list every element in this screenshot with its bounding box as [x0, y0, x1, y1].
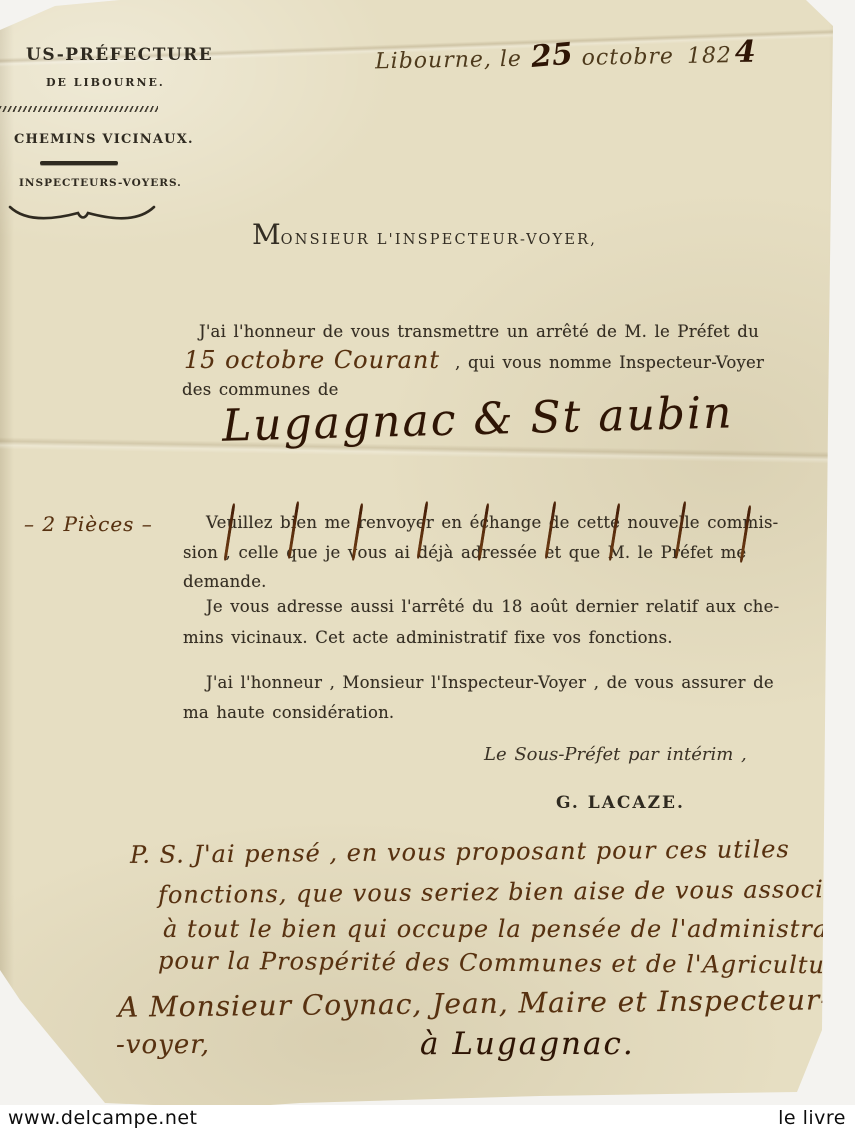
- brace-flourish-icon: [7, 202, 157, 226]
- paragraph1-line2: 15 octobre Courant , qui vous nomme Insp…: [184, 346, 764, 374]
- paragraph1-line2-printed: , qui vous nomme Inspecteur-Voyer: [455, 353, 764, 372]
- salutation-text: ONSIEUR L'INSPECTEUR-VOYER,: [281, 232, 597, 248]
- postscript-line1: P. S. J'ai pensé , en vous proposant pou…: [130, 835, 790, 869]
- letterhead-prefecture: US-PRÉFECTURE: [26, 45, 213, 65]
- dateline: Libourne, le 25 octobre 182 4: [375, 35, 756, 77]
- dateline-month-printed: octobre: [581, 44, 674, 71]
- handwritten-date-insert: 15 octobre Courant: [184, 346, 440, 374]
- letterhead-chemins-vicinaux: CHEMINS VICINAUX.: [14, 132, 194, 147]
- paragraph4-line2: ma haute considération.: [183, 703, 394, 722]
- divider-rule-solid: [40, 161, 118, 165]
- paragraph1-line3: des communes de: [182, 380, 339, 399]
- address-line1: A Monsieur Coynac, Jean, Maire et Inspec…: [118, 983, 831, 1023]
- paragraph2-line2: sion , celle que je vous ai déjà adressé…: [183, 543, 746, 562]
- dateline-place-printed: Libourne, le: [375, 47, 522, 75]
- salutation: MONSIEUR L'INSPECTEUR-VOYER,: [252, 218, 597, 251]
- watermark-seller-text: le livre: [778, 1107, 846, 1129]
- address-line2: -voyer,: [116, 1030, 210, 1060]
- letterhead-inspecteurs-voyers: INSPECTEURS-VOYERS.: [19, 177, 182, 189]
- signature-title: Le Sous-Préfet par intérim ,: [484, 744, 747, 765]
- dateline-year-digit-handwritten: 4: [735, 35, 756, 70]
- signature-name: G. LACAZE.: [556, 793, 685, 813]
- dateline-day-handwritten: 25: [529, 36, 574, 75]
- paragraph4-line1: J'ai l'honneur , Monsieur l'Inspecteur-V…: [206, 673, 774, 692]
- paragraph3-line1: Je vous adresse aussi l'arrêté du 18 aoû…: [206, 597, 779, 616]
- paper-sheet: US-PRÉFECTURE DE LIBOURNE. CHEMINS VICIN…: [0, 0, 855, 1132]
- address-place: à Lugagnac.: [420, 1026, 635, 1062]
- dateline-year-printed: 182: [687, 43, 732, 69]
- watermark-site-text: www.delcampe.net: [8, 1107, 198, 1129]
- letterhead-de-libourne: DE LIBOURNE.: [46, 76, 165, 89]
- watermark-bar: www.delcampe.net le livre: [0, 1105, 855, 1132]
- paragraph2-line3: demande.: [183, 572, 267, 591]
- salutation-initial: M: [252, 218, 281, 251]
- postscript-line4: pour la Prospérité des Communes et de l'…: [158, 947, 855, 980]
- paragraph1-line1: J'ai l'honneur de vous transmettre un ar…: [199, 322, 759, 341]
- postscript-line2: fonctions, que vous seriez bien aise de …: [158, 875, 852, 909]
- margin-note-pieces: – 2 Pièces –: [24, 512, 153, 536]
- paragraph3-line2: mins vicinaux. Cet acte administratif fi…: [183, 628, 673, 647]
- scanned-letter-document: US-PRÉFECTURE DE LIBOURNE. CHEMINS VICIN…: [0, 0, 855, 1132]
- divider-rule-dotted: [0, 106, 158, 112]
- postscript-line3: à tout le bien qui occupe la pensée de l…: [163, 915, 855, 943]
